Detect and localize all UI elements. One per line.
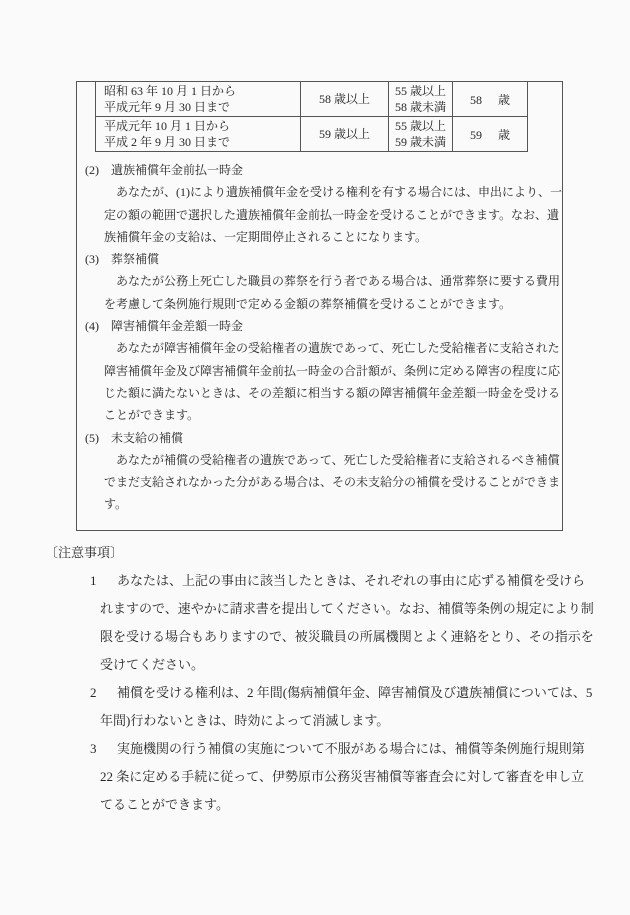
section-body-line: でまだ支給されなかった分がある場合は、その未支給分の補償を受けることができま xyxy=(77,471,562,493)
section-heading: (5)未支給の補償 xyxy=(77,427,562,449)
section-heading: (3)葬祭補償 xyxy=(77,248,562,270)
range-line: 59 歳未満 xyxy=(391,134,450,150)
range-line: 55 歳以上 xyxy=(391,83,450,99)
section-body-line: ことができます。 xyxy=(77,404,562,426)
section-body-line: あなたが、(1)により遺族補償年金を受ける権利を有する場合には、申出により、一 xyxy=(77,181,562,203)
table-row: 昭和 63 年 10 月 1 日から 平成元年 9 月 30 日まで 58 歳以… xyxy=(96,82,528,117)
note-line: あなたは、上記の事由に該当したときは、それぞれの事由に応ずる補償を受けら xyxy=(117,573,585,588)
section-number: (4) xyxy=(85,315,111,337)
age-range-cell: 55 歳以上 58 歳未満 xyxy=(389,82,453,117)
note-line: 補償を受ける権利は、2 年間(傷病補償年金、障害補償及び遺族補償については、5 xyxy=(117,685,592,700)
section-heading: (2)遺族補償年金前払一時金 xyxy=(77,159,562,181)
note-number: 2 xyxy=(90,679,117,707)
period-cell: 昭和 63 年 10 月 1 日から 平成元年 9 月 30 日まで xyxy=(96,82,301,117)
age-threshold-cell: 58 歳以上 xyxy=(301,82,389,117)
section-body-line: 障害補償年金及び障害補償年金前払一時金の合計額が、条例に定める障害の程度に応 xyxy=(77,360,562,382)
age-value: 59 xyxy=(470,128,482,142)
section-title: 葬祭補償 xyxy=(111,252,159,266)
section-number: (2) xyxy=(85,159,111,181)
section-body-line: じた額に満たないときは、その差額に相当する額の障害補償年金差額一時金を受ける xyxy=(77,382,562,404)
document-page: { "page": { "background": "#fafafa", "te… xyxy=(0,0,630,915)
age-unit: 歳 xyxy=(498,91,510,108)
range-line: 55 歳以上 xyxy=(391,118,450,134)
section-body-line: あなたが公務上死亡した職員の葬祭を行う者である場合は、通常葬祭に要する費用 xyxy=(77,270,562,292)
notes-section: 〔注意事項〕 1あなたは、上記の事由に該当したときは、それぞれの事由に応ずる補償… xyxy=(0,539,630,819)
age-value-cell: 58歳 xyxy=(453,82,528,117)
period-cell: 平成元年 10 月 1 日から 平成 2 年 9 月 30 日まで xyxy=(96,117,301,152)
age-threshold-cell: 59 歳以上 xyxy=(301,117,389,152)
note-line: 22 条に定める手続に従って、伊勢原市公務災害補償等審査会に対して審査を申し立 xyxy=(0,763,630,791)
section-body-line: あなたが補償の受給権者の遺族であって、死亡した受給権者に支給されるべき補償 xyxy=(77,449,562,471)
note-number: 3 xyxy=(90,735,117,763)
note-line: 限を受ける場合もありますので、被災職員の所属機関とよく連絡をとり、その指示を xyxy=(0,623,630,651)
note-number: 1 xyxy=(90,567,117,595)
period-line: 平成元年 10 月 1 日から xyxy=(104,118,298,134)
threshold-text: 59 歳以上 xyxy=(303,126,386,142)
range-line: 58 歳未満 xyxy=(391,99,450,115)
content-box: 昭和 63 年 10 月 1 日から 平成元年 9 月 30 日まで 58 歳以… xyxy=(76,81,563,531)
section-body-line: 族補償年金の支給は、一定期間停止されることになります。 xyxy=(77,226,562,248)
section-title: 障害補償年金差額一時金 xyxy=(111,319,243,333)
section-number: (3) xyxy=(85,248,111,270)
section-title: 遺族補償年金前払一時金 xyxy=(111,163,243,177)
section-body-line: す。 xyxy=(77,493,562,515)
section-heading: (4)障害補償年金差額一時金 xyxy=(77,315,562,337)
note-line: れますので、速やかに請求書を提出してください。なお、補償等条例の規定により制 xyxy=(0,595,630,623)
section-body-line: を考慮して条例施行規則で定める金額の葬祭補償を受けることができます。 xyxy=(77,293,562,315)
notes-heading: 〔注意事項〕 xyxy=(0,539,630,567)
age-unit: 歳 xyxy=(498,126,510,143)
period-line: 昭和 63 年 10 月 1 日から xyxy=(104,83,298,99)
note-line: 実施機関の行う補償の実施について不服がある場合には、補償等条例施行規則第 xyxy=(117,741,585,756)
age-value-cell: 59歳 xyxy=(453,117,528,152)
section-number: (5) xyxy=(85,427,111,449)
period-line: 平成元年 9 月 30 日まで xyxy=(104,99,298,115)
age-table: 昭和 63 年 10 月 1 日から 平成元年 9 月 30 日まで 58 歳以… xyxy=(95,81,528,152)
threshold-text: 58 歳以上 xyxy=(303,91,386,107)
note-line: 年間)行わないときは、時効によって消滅します。 xyxy=(0,707,630,735)
note-item-line: 2補償を受ける権利は、2 年間(傷病補償年金、障害補償及び遺族補償については、5 xyxy=(0,679,630,707)
sections: (2)遺族補償年金前払一時金 あなたが、(1)により遺族補償年金を受ける権利を有… xyxy=(77,159,562,516)
note-line: 受けてください。 xyxy=(0,651,630,679)
section-body-line: あなたが障害補償年金の受給権者の遺族であって、死亡した受給権者に支給された xyxy=(77,337,562,359)
note-item-line: 1あなたは、上記の事由に該当したときは、それぞれの事由に応ずる補償を受けら xyxy=(0,567,630,595)
section-title: 未支給の補償 xyxy=(111,431,183,445)
note-line: てることができます。 xyxy=(0,791,630,819)
age-range-cell: 55 歳以上 59 歳未満 xyxy=(389,117,453,152)
age-value: 58 xyxy=(470,93,482,107)
section-body-line: 定の額の範囲で選択した遺族補償年金前払一時金を受けることができます。なお、遺 xyxy=(77,204,562,226)
period-line: 平成 2 年 9 月 30 日まで xyxy=(104,134,298,150)
table-row: 平成元年 10 月 1 日から 平成 2 年 9 月 30 日まで 59 歳以上… xyxy=(96,117,528,152)
note-item-line: 3実施機関の行う補償の実施について不服がある場合には、補償等条例施行規則第 xyxy=(0,735,630,763)
